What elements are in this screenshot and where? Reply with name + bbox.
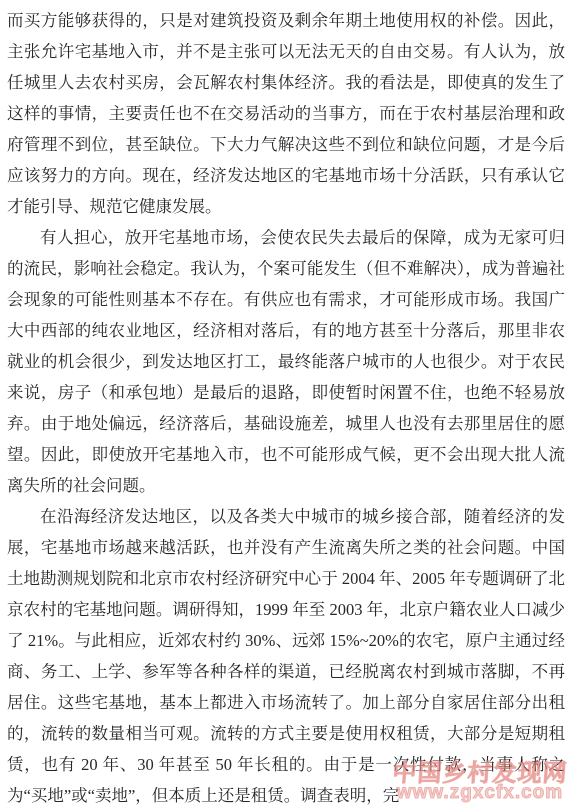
paragraph: 有人担心，放开宅基地市场，会使农民失去最后的保障，成为无家可归的流民，影响社会稳… (7, 222, 565, 501)
document-page: 而买方能够获得的，只是对建筑投资及剩余年期土地使用权的补偿。因此，主张允许宅基地… (0, 0, 572, 808)
paragraph: 在沿海经济发达地区，以及各类大中城市的城乡接合部，随着经济的发展，宅基地市场越来… (7, 501, 565, 808)
paragraph-continuation: 而买方能够获得的，只是对建筑投资及剩余年期土地使用权的补偿。因此，主张允许宅基地… (7, 5, 565, 222)
